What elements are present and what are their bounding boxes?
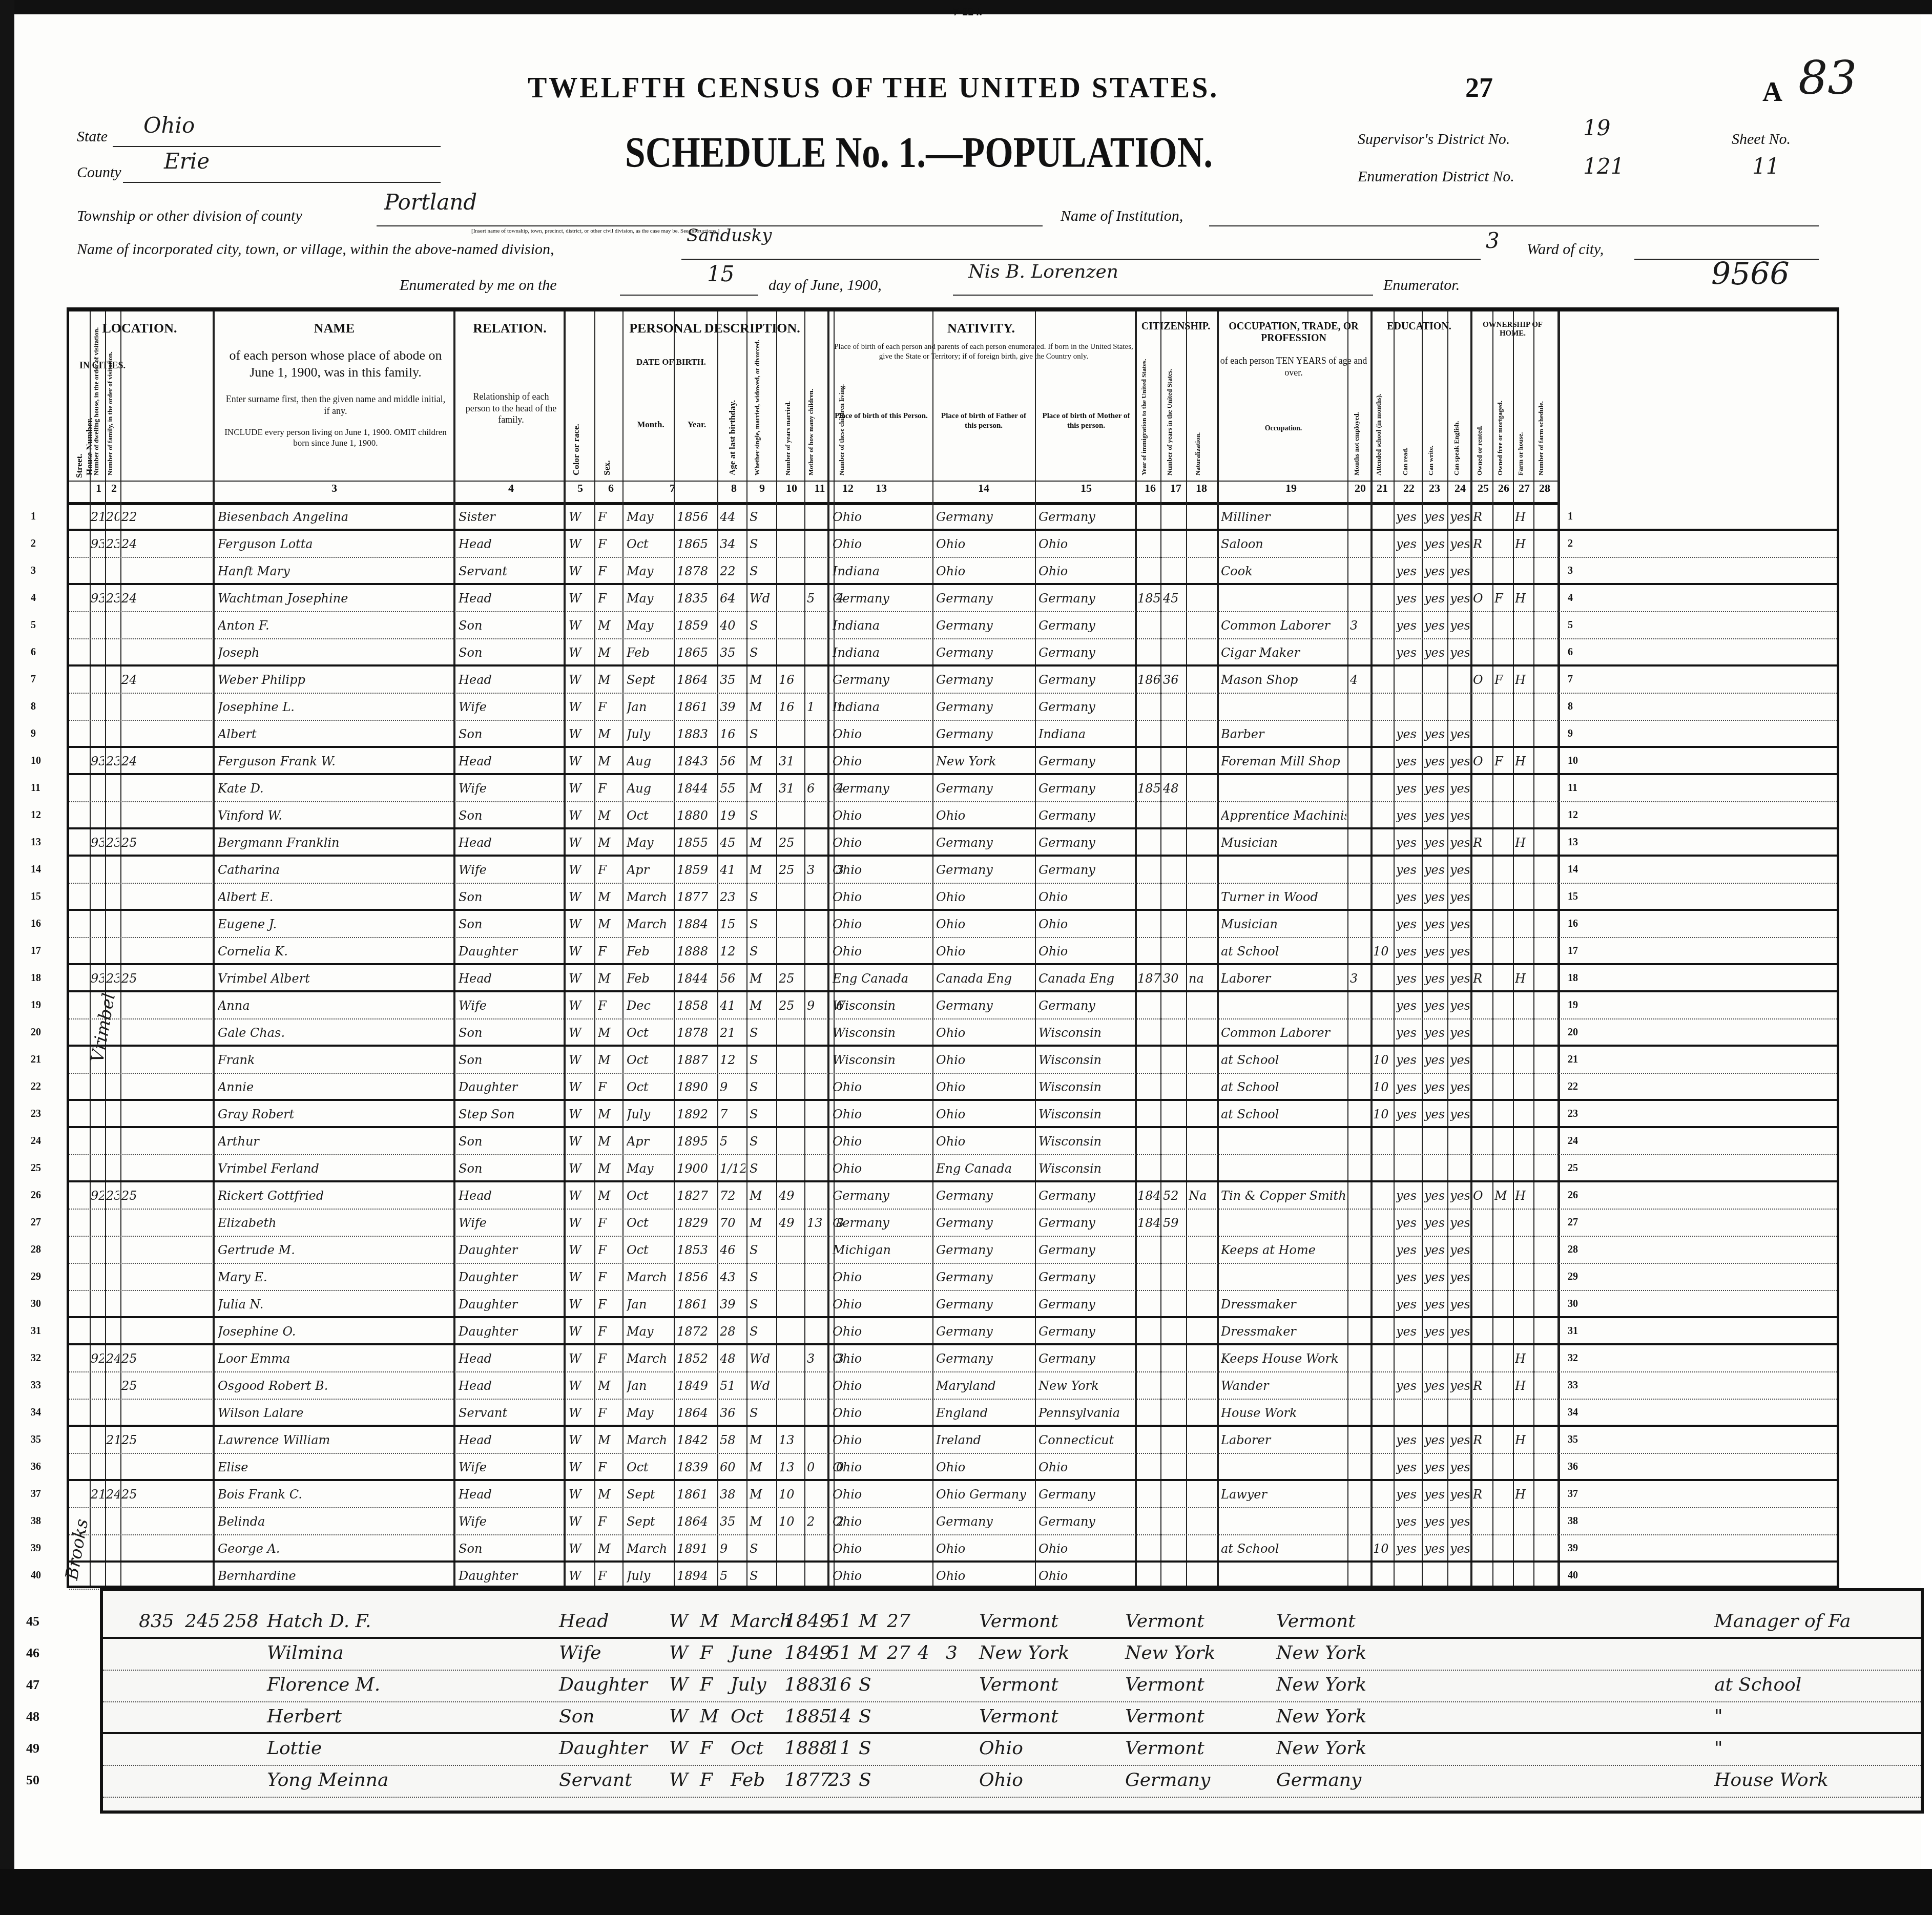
overlay-row-number: 46 [26,1646,39,1661]
overlay-cell-color: W [669,1770,695,1791]
colnum: 26 [1496,482,1511,495]
cell-year: 1849 [677,1379,716,1395]
cell-farm [1515,1243,1532,1259]
cell-read [1396,1569,1421,1585]
cell-free: M [1494,1189,1512,1205]
cell-pob_f: Germany [936,1270,1033,1286]
cell-color: W [569,1297,592,1314]
cell-speak: yes [1450,1053,1469,1069]
cell-sch [1373,1433,1393,1449]
cell-sch: 10 [1373,1542,1393,1558]
cell-dwelling [106,1514,119,1531]
cell-write: yes [1424,1297,1447,1314]
table-row: 936235247Wachtman JosephineHeadWFMay1835… [69,585,1837,612]
cell-house [91,1134,104,1151]
cell-pob_m: Ohio [1038,944,1133,961]
cell-yrs [1163,1297,1186,1314]
overlay-cell-occ: " [1714,1738,1924,1759]
cell-pob: Ohio [833,808,930,825]
colnum: 1 [92,482,105,495]
cell-street [70,700,89,716]
cell-sch [1373,998,1393,1015]
date-of-birth-header: DATE OF BIRTH. [625,357,717,367]
cell-month: March [627,1542,672,1558]
cell-farm: H [1515,1351,1532,1368]
cell-month: Oct [627,1189,672,1205]
cell-age: 21 [720,1026,745,1042]
cell-name: Lawrence William [218,1433,451,1449]
cell-occ [1221,591,1346,608]
row-number-right: 15 [1568,891,1578,903]
cell-street [70,1243,89,1259]
cell-yrs [1163,564,1186,580]
overlay-cell-year: 1849 [784,1642,825,1663]
cell-family [121,1243,137,1259]
cell-color: W [569,537,592,553]
colnum: 3 [328,482,341,495]
cell-speak: yes [1450,1216,1469,1232]
cell-own [1473,1107,1491,1123]
cell-nat [1189,537,1214,553]
cell-house: 934 [91,754,104,771]
cell-farm [1515,1542,1532,1558]
cell-imm [1137,646,1160,662]
cell-write: yes [1424,1542,1447,1558]
cell-free [1494,1270,1512,1286]
cell-dwelling: 237 [106,836,119,852]
cell-free [1494,1569,1512,1585]
cell-imm [1137,727,1160,743]
cell-yrs: 48 [1163,781,1186,798]
cell-speak: yes [1450,781,1469,798]
cell-year: 1878 [677,1026,716,1042]
cell-unemp [1350,1270,1370,1286]
cell-dwelling [106,1270,119,1286]
cell-sch [1373,1569,1393,1585]
cell-sch [1373,646,1393,662]
cell-farm [1515,863,1532,879]
cell-mother [807,1161,832,1178]
cell-imm [1137,1026,1160,1042]
cell-house [91,1569,104,1585]
cell-sch [1373,1379,1393,1395]
cell-name: Rickert Gottfried [218,1189,451,1205]
cell-speak [1450,1406,1469,1422]
cell-speak: yes [1450,754,1469,771]
cell-nat: Na [1189,1189,1214,1205]
cell-own [1473,1324,1491,1341]
cell-dwelling: 234 [106,537,119,553]
cell-name: Julia N. [218,1297,451,1314]
overlay-cell-house: 835 [139,1611,180,1632]
cell-pob: Indiana [833,700,930,716]
cell-sex: M [598,1433,621,1449]
header-color-race: Color or race. [571,393,581,475]
cell-ym [779,591,803,608]
cell-write: yes [1424,1433,1447,1449]
cell-occ: Turner in Wood [1221,890,1346,906]
cell-color: W [569,1161,592,1178]
cell-write [1424,700,1447,716]
cell-unemp [1350,808,1370,825]
cell-speak: yes [1450,1026,1469,1042]
overlay-cell-sex: F [700,1674,725,1695]
cell-family [121,1080,137,1096]
cell-family [121,863,137,879]
cell-yrs [1163,646,1186,662]
cell-name: Bernhardine [218,1569,451,1585]
row-number-right: 3 [1568,565,1573,577]
overlay-row-number: 45 [26,1614,39,1629]
cell-pob_m: Ohio [1038,1542,1133,1558]
table-row: BernhardineDaughterWFJuly18945SOhioOhioO… [69,1563,1837,1590]
row-number-right: 23 [1568,1108,1578,1120]
cell-occ: Mason Shop [1221,673,1346,689]
cell-sch [1373,1243,1393,1259]
cell-write: yes [1424,890,1447,906]
cell-house [91,1324,104,1341]
overlay-cell-color: W [669,1642,695,1663]
row-number-left: 6 [31,647,36,658]
cell-sex: M [598,808,621,825]
cell-free [1494,1080,1512,1096]
cell-own: R [1473,1379,1491,1395]
cell-sex: F [598,1324,621,1341]
cell-house: 214 [91,510,104,526]
cell-imm [1137,1053,1160,1069]
cell-family [121,998,137,1015]
pasted-overlay-strip: 835245258Hatch D. F.HeadWMMarch184951M27… [100,1588,1924,1814]
cell-family [121,1026,137,1042]
cell-nat [1189,1542,1214,1558]
row-number-right: 21 [1568,1054,1578,1066]
cell-month: May [627,564,672,580]
cell-farm [1515,1569,1532,1585]
cell-year: 1844 [677,781,716,798]
cell-sex: F [598,1297,621,1314]
cell-unemp [1350,890,1370,906]
cell-farm [1515,618,1532,635]
cell-street [70,808,89,825]
cell-sex: M [598,836,621,852]
cell-speak: yes [1450,863,1469,879]
cell-age: 40 [720,618,745,635]
cell-color: W [569,1270,592,1286]
cell-unemp [1350,727,1370,743]
cell-pob_m: Wisconsin [1038,1161,1133,1178]
cell-year: 1895 [677,1134,716,1151]
group-education: EDUCATION. [1370,321,1468,332]
cell-name: Arthur [218,1134,451,1151]
cell-nat [1189,510,1214,526]
cell-speak [1450,1351,1469,1368]
cell-own [1473,1351,1491,1368]
cell-sex: M [598,971,621,988]
cell-mother [807,1406,832,1422]
cell-family [121,618,137,635]
cell-read: yes [1396,998,1421,1015]
cell-occ [1221,998,1346,1015]
cell-own [1473,646,1491,662]
colnum: 19 [1283,482,1299,495]
cell-pob_m: Ohio [1038,564,1133,580]
cell-age: 46 [720,1243,745,1259]
cell-speak: yes [1450,618,1469,635]
cell-occ: Milliner [1221,510,1346,526]
cell-relation: Son [459,618,561,635]
cell-street [70,863,89,879]
cell-name: Mary E. [218,1270,451,1286]
cell-free [1494,836,1512,852]
row-number-left: 24 [31,1135,41,1147]
cell-farm: H [1515,510,1532,526]
cell-nat [1189,727,1214,743]
cell-street [70,781,89,798]
cell-relation: Servant [459,564,561,580]
cell-nat [1189,564,1214,580]
row-number-right: 36 [1568,1461,1578,1473]
row-number-right: 1 [1568,511,1573,523]
cell-street [70,1161,89,1178]
cell-yrs [1163,917,1186,933]
cell-own [1473,1161,1491,1178]
cell-imm: 1852 [1137,781,1160,798]
cell-mother [807,971,832,988]
group-nativity: NATIVITY. [827,321,1135,336]
cell-sex: F [598,1460,621,1476]
cell-imm: 1848 [1137,1189,1160,1205]
cell-pob_m: Ohio [1038,890,1133,906]
table-row: ElizabethWifeWFOct182970M49138GermanyGer… [69,1210,1837,1237]
cell-pob: Germany [833,781,930,798]
row-number-left: 22 [31,1081,41,1093]
header-can-read: Can read. [1401,414,1409,475]
cell-write [1424,1351,1447,1368]
enumerator-label: Enumerator. [1383,277,1460,294]
cell-family [121,1406,137,1422]
cell-unemp [1350,1189,1370,1205]
cell-imm [1137,1514,1160,1531]
cell-family [121,1053,137,1069]
cell-own: O [1473,591,1491,608]
cell-sch: 10 [1373,944,1393,961]
cell-house: 926 [91,1351,104,1368]
cell-year: 1900 [677,1161,716,1178]
cell-relation: Head [459,591,561,608]
state-underline [113,146,441,147]
cell-color: W [569,1324,592,1341]
overlay-cell-year: 1888 [784,1738,825,1759]
cell-month: May [627,836,672,852]
cell-pob_f: Ohio [936,917,1033,933]
cell-unemp: 3 [1350,618,1370,635]
cell-unemp [1350,1080,1370,1096]
cell-year: 1829 [677,1216,716,1232]
cell-year: 1861 [677,1487,716,1504]
overlay-cell-age: 51 [828,1611,856,1632]
cell-color: W [569,754,592,771]
cell-nat [1189,863,1214,879]
table-row: Kate D.WifeWFAug184455M3164GermanyGerman… [69,775,1837,802]
name-include-note: INCLUDE every person living on June 1, 1… [223,427,448,449]
cell-color: W [569,863,592,879]
cell-family [121,1216,137,1232]
cell-farm [1515,944,1532,961]
cell-name: Bergmann Franklin [218,836,451,852]
group-relation: RELATION. [456,321,564,336]
cell-color: W [569,591,592,608]
cell-relation: Son [459,646,561,662]
cell-farm [1515,1134,1532,1151]
overlay-cell-marital: S [859,1770,884,1791]
cell-month: Feb [627,944,672,961]
cell-sex: F [598,564,621,580]
cell-write: yes [1424,1189,1447,1205]
overlay-cell-pob_f: Vermont [1125,1706,1274,1727]
cell-color: W [569,564,592,580]
cell-unemp: 3 [1350,971,1370,988]
table-row: Vrimbel FerlandSonWMMay19001/12SOhioEng … [69,1155,1837,1182]
cell-age: 56 [720,971,745,988]
cell-sch [1373,591,1393,608]
cell-pob: Ohio [833,1134,930,1151]
cell-street [70,1379,89,1395]
cell-unemp [1350,781,1370,798]
cell-house [91,1460,104,1476]
cell-pob: Ohio [833,1107,930,1123]
cell-month: March [627,890,672,906]
cell-pob_m: Connecticut [1038,1433,1133,1449]
cell-marital: S [750,1080,775,1096]
cell-house [91,890,104,906]
cell-speak: yes [1450,998,1469,1015]
overlay-cell-sex: F [700,1642,725,1663]
cell-speak [1450,673,1469,689]
cell-unemp [1350,1542,1370,1558]
cell-name: George A. [218,1542,451,1558]
cell-month: May [627,1161,672,1178]
cell-color: W [569,1569,592,1585]
overlay-row-number: 50 [26,1773,39,1788]
colnum: 4 [505,482,517,495]
cell-pob_f: Maryland [936,1379,1033,1395]
cell-farm [1515,727,1532,743]
cell-write: yes [1424,727,1447,743]
cell-nat [1189,1297,1214,1314]
cell-family: 254 [121,1379,137,1395]
cell-pob_f: Ohio [936,564,1033,580]
cell-pob_m: Germany [1038,1189,1133,1205]
cell-nat [1189,1270,1214,1286]
overlay-cell-marital: S [859,1674,884,1695]
cell-speak: yes [1450,890,1469,906]
table-row: 214204220Biesenbach AngelinaSisterWFMay1… [69,504,1837,531]
overlay-cell-pob: Vermont [979,1611,1123,1632]
cell-month: March [627,917,672,933]
cell-sch [1373,1134,1393,1151]
city-label: Name of incorporated city, town, or vill… [77,241,554,258]
cell-year: 1865 [677,646,716,662]
occupation-subheader: Occupation. [1219,424,1347,433]
row-number-left: 40 [31,1570,41,1581]
cell-relation: Daughter [459,1569,561,1585]
table-row: Julia N.DaughterWFJan186139SOhioGermanyG… [69,1291,1837,1318]
cell-color: W [569,836,592,852]
cell-pob_f: England [936,1406,1033,1422]
overlay-cell-pob: Vermont [979,1706,1123,1727]
cell-read: yes [1396,1487,1421,1504]
cell-pob: Ohio [833,944,930,961]
cell-free [1494,1514,1512,1531]
cell-free [1494,1134,1512,1151]
cell-relation: Wife [459,1460,561,1476]
overlay-cell-family: 258 [223,1611,259,1632]
cell-mother [807,944,832,961]
cell-pob_f: Ohio [936,1080,1033,1096]
cell-street [70,510,89,526]
cell-free: F [1494,754,1512,771]
row-number-right: 16 [1568,918,1578,930]
cell-family [121,727,137,743]
state-value: Ohio [143,113,195,138]
cell-mother [807,1297,832,1314]
cell-mother [807,1569,832,1585]
cell-write: yes [1424,618,1447,635]
cell-sch [1373,1514,1393,1531]
cell-mother [807,890,832,906]
cell-age: 35 [720,1514,745,1531]
cell-occ: Wander [1221,1379,1346,1395]
cell-street [70,944,89,961]
cell-name: Gertrude M. [218,1243,451,1259]
cell-month: Sept [627,1487,672,1504]
row-number-left: 39 [31,1543,41,1554]
cell-sch [1373,808,1393,825]
overlay-cell-pob: New York [979,1642,1123,1663]
cell-read [1396,1134,1421,1151]
city-underline [681,259,1481,260]
cell-unemp [1350,754,1370,771]
row-number-left: 34 [31,1407,41,1419]
cell-marital: S [750,944,775,961]
overlay-cell-pob: Ohio [979,1738,1123,1759]
cell-nat [1189,917,1214,933]
cell-speak: yes [1450,1379,1469,1395]
cell-year: 1842 [677,1433,716,1449]
cell-pob: Ohio [833,1487,930,1504]
cell-unemp [1350,1297,1370,1314]
cell-name: Anton F. [218,618,451,635]
cell-read: yes [1396,836,1421,852]
cell-sch [1373,971,1393,988]
cell-ym: 13 [779,1460,803,1476]
cell-nat [1189,944,1214,961]
cell-unemp: 4 [1350,673,1370,689]
cell-yrs [1163,1351,1186,1368]
cell-pob_f: Ohio [936,808,1033,825]
cell-ym: 25 [779,998,803,1015]
cell-ym: 49 [779,1189,803,1205]
overlay-cell-year: 1849 [784,1611,825,1632]
header-mother-of: Mother of how many children. [807,342,815,475]
cell-family: 249 [121,754,137,771]
cell-sex: F [598,1080,621,1096]
cell-sex: M [598,1379,621,1395]
cell-sch [1373,564,1393,580]
cell-street [70,1053,89,1069]
cell-color: W [569,1487,592,1504]
cell-pob_f: Germany [936,618,1033,635]
